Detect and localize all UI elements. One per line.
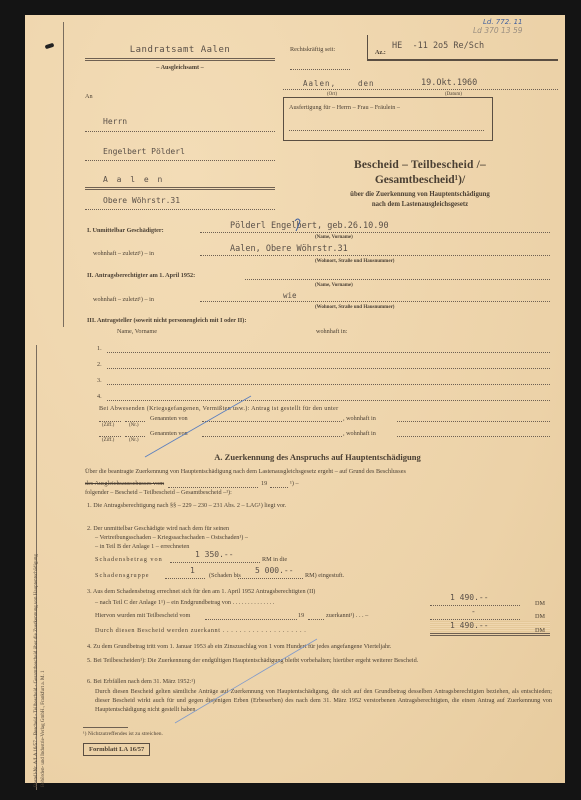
pen-stroke-1 xyxy=(145,396,251,457)
pen-correction-year xyxy=(295,219,300,231)
pen-strokes xyxy=(25,15,565,783)
document-page: Bestell-Nr. A/LA 16/57 – Bescheid - Teil… xyxy=(25,15,565,783)
pen-stroke-2 xyxy=(175,639,317,723)
